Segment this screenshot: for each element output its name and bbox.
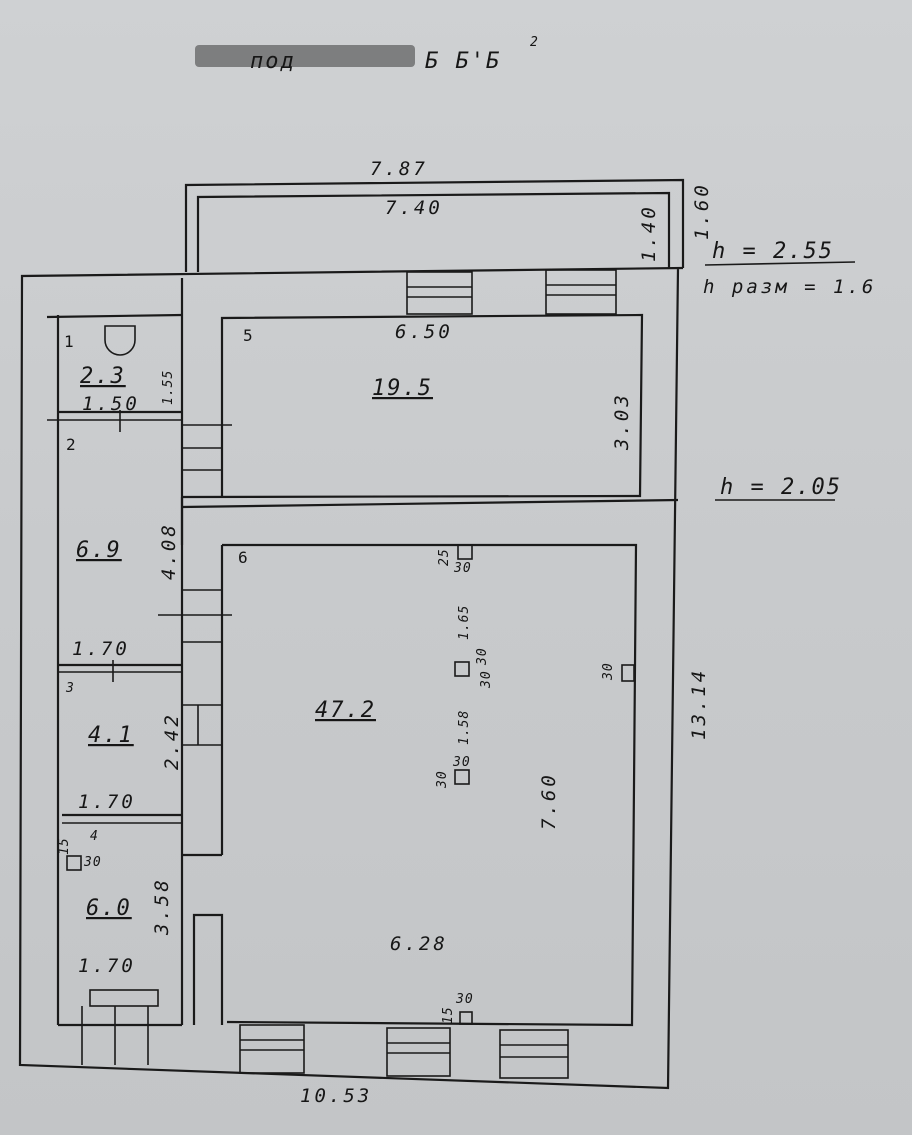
svg-text:30: 30	[453, 561, 472, 576]
room-2-number: 2	[66, 435, 79, 454]
room-3: 3 4.1 2.42 1.70	[62, 681, 183, 823]
window-bottom-3	[500, 1030, 568, 1078]
height-annotations: h = 2.55 h разм = 1.6 h = 2.05	[703, 239, 876, 500]
room-5-width: 6.50	[395, 321, 453, 343]
room-4-number: 4	[90, 829, 99, 844]
fixture-icon	[67, 856, 81, 870]
window-bottom-2	[387, 1028, 450, 1076]
room-6: 6 47.2 7.60 6.28 25 30 1.65 30 30 1.58 3…	[182, 497, 678, 1025]
stove-icon	[90, 990, 158, 1006]
room-4-area: 6.0	[86, 896, 132, 921]
bottom-post	[460, 1012, 472, 1024]
height-main: h = 2.05	[720, 475, 842, 500]
room-3-length: 2.42	[161, 712, 183, 770]
room-2-area: 6.9	[76, 538, 122, 563]
svg-text:30: 30	[601, 662, 616, 681]
room-1-number: 1	[64, 332, 77, 351]
room-4-width: 1.70	[78, 955, 136, 977]
annex-inner-width: 7.40	[385, 197, 443, 219]
window-top-2	[546, 270, 616, 314]
title-smudge	[195, 45, 415, 67]
height-basement: h разм = 1.6	[703, 276, 876, 298]
svg-text:30: 30	[435, 770, 450, 789]
column-side	[622, 665, 634, 681]
column-3	[455, 770, 469, 784]
svg-text:30: 30	[455, 992, 474, 1007]
room-3-width: 1.70	[78, 791, 136, 813]
room-4-fixture-size-alt: 30	[83, 855, 102, 870]
height-top: h = 2.55	[712, 239, 834, 264]
title-superscript: 2	[530, 35, 539, 50]
window-bottom-1	[240, 1025, 304, 1073]
room-4: 4 15 30 6.0 3.58 1.70	[57, 829, 182, 1065]
room-3-number: 3	[65, 681, 75, 696]
room-5-length: 3.03	[611, 392, 633, 451]
title-code: Б Б'Б	[425, 49, 501, 74]
title-fragment: под	[250, 49, 296, 74]
top-annex: 7.87 7.40 1.40 1.60	[186, 158, 713, 272]
bottom-windows	[240, 1025, 568, 1078]
top-windows	[407, 270, 616, 314]
room-6-area: 47.2	[315, 698, 376, 723]
room-6-number: 6	[238, 548, 251, 567]
room-5: 5 6.50 19.5 3.03	[182, 315, 642, 497]
bottom-width-dimension: 10.53	[300, 1085, 372, 1107]
column-1	[458, 545, 472, 559]
annex-inner-depth: 1.40	[638, 204, 660, 262]
room-6-length: 7.60	[538, 772, 560, 830]
floor-plan-drawing: под Б Б'Б 2 7.87 7.40 1.40 1.60 5 6.50 1…	[0, 0, 912, 1135]
toilet-icon	[105, 326, 135, 355]
room-2-length: 4.08	[158, 522, 180, 580]
room-5-area: 19.5	[372, 376, 433, 401]
column-spacing-2: 1.58	[457, 710, 472, 745]
plan-title: под Б Б'Б 2	[195, 35, 539, 74]
room-3-area: 4.1	[88, 723, 134, 748]
svg-text:30: 30	[452, 755, 471, 770]
annex-outer-width: 7.87	[370, 158, 428, 180]
right-length-dimension: 13.14	[688, 668, 710, 740]
svg-text:15: 15	[441, 1006, 456, 1024]
room-1-length: 1.55	[161, 370, 176, 405]
room-2-width: 1.70	[72, 638, 130, 660]
room-1-area: 2.3	[80, 364, 126, 389]
corridor	[158, 545, 232, 1025]
column-2	[455, 662, 469, 676]
svg-text:25: 25	[437, 548, 452, 566]
annex-outer-depth: 1.60	[691, 182, 713, 240]
room-1-width: 1.50	[82, 393, 140, 415]
room-5-number: 5	[243, 326, 256, 345]
room-6-width: 6.28	[390, 933, 448, 955]
floor-plan-sheet: под Б Б'Б 2 7.87 7.40 1.40 1.60 5 6.50 1…	[0, 0, 912, 1135]
room-4-fixture-size: 15	[57, 837, 72, 855]
column-spacing-1: 1.65	[457, 605, 472, 640]
svg-text:30: 30	[479, 670, 494, 689]
room-4-length: 3.58	[151, 877, 173, 936]
room-1: 1 2.3 1.50 1.55	[47, 315, 182, 432]
svg-text:30: 30	[475, 647, 490, 666]
room-2: 2 6.9 4.08 1.70	[58, 435, 182, 682]
window-top-1	[407, 272, 472, 314]
